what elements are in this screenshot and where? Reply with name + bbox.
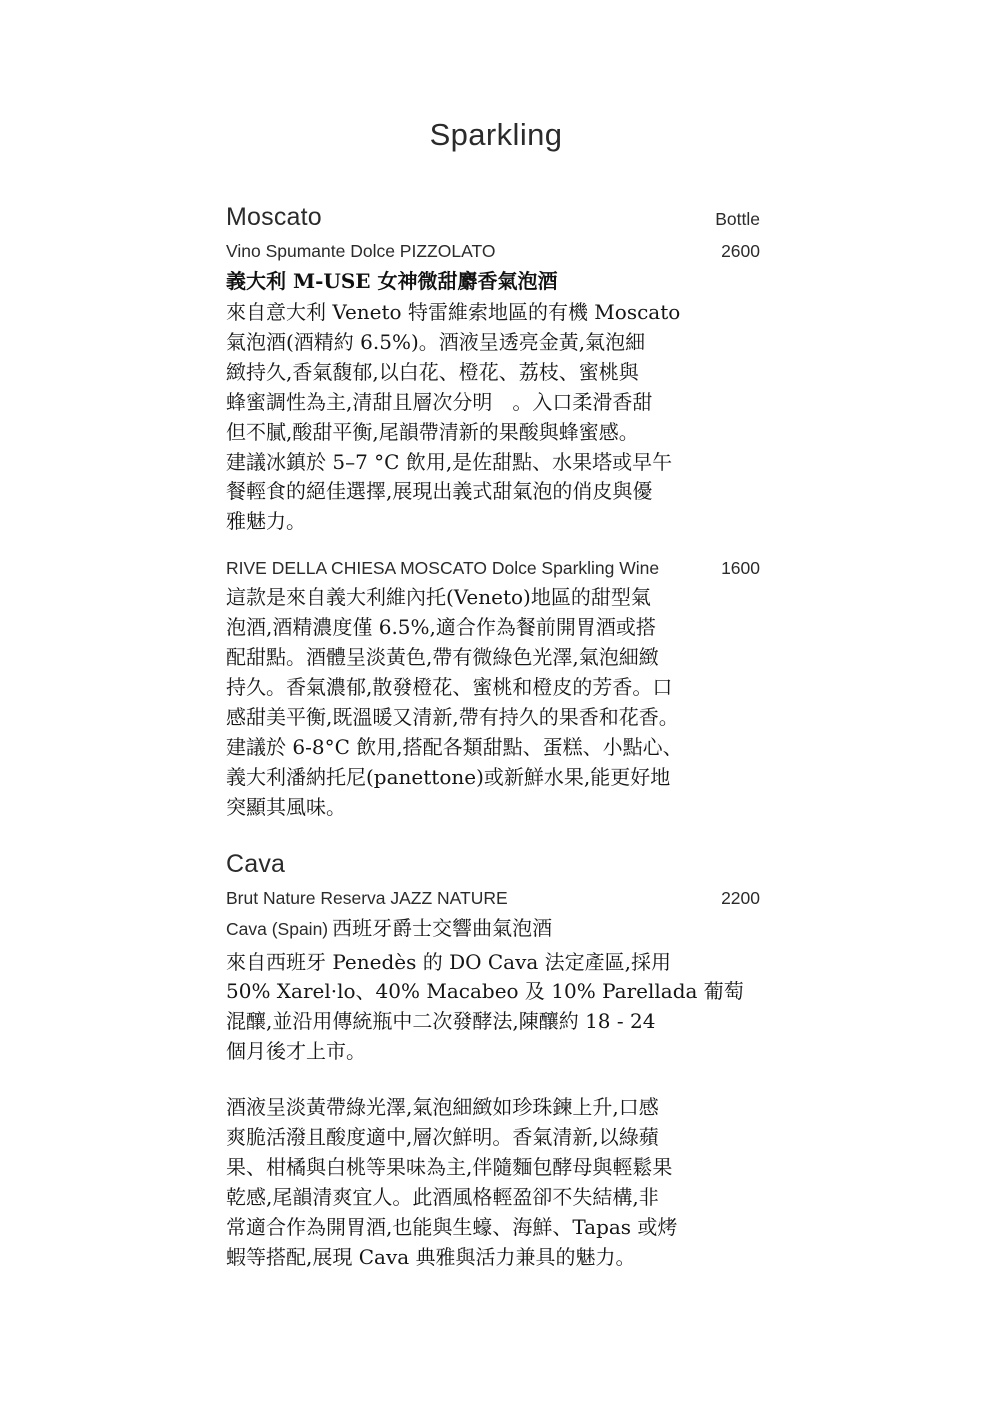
item-description: 來自意大利 Veneto 特雷維索地區的有機 Moscato 氣泡酒(酒精約 6… xyxy=(226,298,760,537)
menu-item-pizzolato: Vino Spumante Dolce PIZZOLATO 2600 義大利 M… xyxy=(226,240,760,537)
item-title-row: RIVE DELLA CHIESA MOSCATO Dolce Sparklin… xyxy=(226,557,760,580)
item-subtitle-latin: Cava (Spain) xyxy=(226,919,328,939)
section-header: Cava xyxy=(226,849,760,879)
menu-item-jazz-nature: Brut Nature Reserva JAZZ NATURE 2200 Cav… xyxy=(226,887,760,1273)
wine-menu-page: Sparkling Moscato Bottle Vino Spumante D… xyxy=(0,0,992,1409)
item-title-row: Brut Nature Reserva JAZZ NATURE 2200 xyxy=(226,887,760,910)
section-name: Cava xyxy=(226,849,285,879)
item-subtitle-cjk: 西班牙爵士交響曲氣泡酒 xyxy=(332,916,552,940)
section-name: Moscato xyxy=(226,202,322,232)
item-price: 2200 xyxy=(721,887,760,910)
item-subtitle: Cava (Spain) 西班牙爵士交響曲氣泡酒 xyxy=(226,914,760,945)
item-price: 2600 xyxy=(721,240,760,263)
section-header: Moscato Bottle xyxy=(226,202,760,232)
item-description-paragraph-2: 酒液呈淡黃帶綠光澤,氣泡細緻如珍珠鍊上升,口感 爽脆活潑且酸度適中,層次鮮明。香… xyxy=(226,1093,760,1272)
item-price: 1600 xyxy=(721,557,760,580)
item-name: Brut Nature Reserva JAZZ NATURE xyxy=(226,887,508,910)
item-description-paragraph-1: 來自西班牙 Penedès 的 DO Cava 法定產區,採用 50% Xare… xyxy=(226,948,760,1068)
section-cava: Cava Brut Nature Reserva JAZZ NATURE 220… xyxy=(226,849,760,1273)
item-name: Vino Spumante Dolce PIZZOLATO xyxy=(226,240,495,263)
item-title-row: Vino Spumante Dolce PIZZOLATO 2600 xyxy=(226,240,760,263)
item-subtitle: 義大利 M-USE 女神微甜麝香氣泡酒 xyxy=(226,267,760,295)
section-moscato: Moscato Bottle Vino Spumante Dolce PIZZO… xyxy=(226,202,760,823)
page-title: Sparkling xyxy=(0,0,992,158)
item-name: RIVE DELLA CHIESA MOSCATO Dolce Sparklin… xyxy=(226,557,659,580)
item-description: 這款是來自義大利維內托(Veneto)地區的甜型氣 泡酒,酒精濃度僅 6.5%,… xyxy=(226,583,760,822)
menu-item-rive-della-chiesa: RIVE DELLA CHIESA MOSCATO Dolce Sparklin… xyxy=(226,557,760,822)
price-column-header: Bottle xyxy=(715,209,760,230)
menu-content: Moscato Bottle Vino Spumante Dolce PIZZO… xyxy=(226,202,760,1273)
